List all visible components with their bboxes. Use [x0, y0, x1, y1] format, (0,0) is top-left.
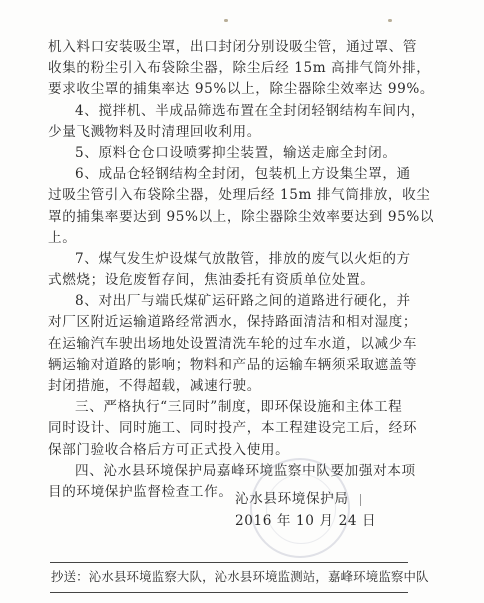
text-line: 过吸尘管引入布袋除尘器，处理后经 15m 排气筒排放，收尘: [48, 185, 404, 206]
text-line: 式燃烧；设危废暂存间，焦油委托有资质单位处置。: [48, 270, 404, 291]
signature-block: 沁水县环境保护局 2016 年 10 月 24 日: [235, 488, 376, 532]
text-line: 对厂区附近运输道路经常洒水，保持路面清洁和相对湿度；: [48, 312, 404, 333]
paragraph-4-first-line: 4、搅拌机、半成品筛选布置在全封闭轻钢结构车间内，: [48, 101, 404, 122]
scan-speck: [224, 19, 228, 22]
cc-distribution-line: 抄送：沁水县环境监察大队，沁水县环境监测站，嘉峰环境监察中队: [50, 562, 408, 593]
text-line: 封闭措施，不得超载，减速行驶。: [48, 376, 404, 397]
paragraph-8-first-line: 8、对出厂与端氏煤矿运矸路之间的道路进行硬化，并: [48, 291, 404, 312]
text-line: 保部门验收合格后方可正式投入使用。: [48, 440, 404, 461]
cc-text: 抄送：沁水县环境监察大队，沁水县环境监测站，嘉峰环境监察中队: [51, 569, 429, 584]
paragraph-6-first-line: 6、成品仓轻钢结构全封闭，包装机上方设集尘罩，通: [48, 164, 404, 185]
text-line: 罩的捕集率要达到 95%以上，除尘器除尘效率要达到 95%以: [48, 207, 404, 228]
section-4-first-line: 四、沁水县环境保护局嘉峰环境监察中队要加强对本项: [48, 461, 404, 482]
text-line: 要求收尘罩的捕集率达 95%以上，除尘器除尘效率达 99%。: [48, 79, 404, 100]
issue-date: 2016 年 10 月 24 日: [235, 510, 376, 532]
text-line: 同时设计、同时施工、同时投产，本工程建设完工后，经环: [48, 418, 404, 439]
text-line: 辆运输对道路的影响；物料和产品的运输车辆须采取遮盖等: [48, 355, 404, 376]
section-3-first-line: 三、严格执行“三同时”制度，即环保设施和主体工程: [48, 397, 404, 418]
text-line: 机入料口安装吸尘罩，出口封闭分别设吸尘管，通过罩、管: [48, 37, 404, 58]
paragraph-7-first-line: 7、煤气发生炉设煤气放散管，排放的废气以火炬的方: [48, 249, 404, 270]
text-line: 上。: [48, 228, 404, 249]
text-line: 在运输汽车驶出场地处设置清洗车轮的过车水道，以减少车: [48, 334, 404, 355]
paragraph-5-first-line: 5、原料仓仓口设喷雾抑尘装置，输送走廊全封闭。: [48, 143, 404, 164]
document-page: 机入料口安装吸尘罩，出口封闭分别设吸尘管，通过罩、管 收集的粉尘引入布袋除尘器，…: [0, 0, 484, 603]
issuer-name: 沁水县环境保护局: [235, 488, 376, 510]
document-body: 机入料口安装吸尘罩，出口封闭分别设吸尘管，通过罩、管 收集的粉尘引入布袋除尘器，…: [48, 37, 404, 503]
scan-speck: [388, 19, 392, 22]
text-line: 少量飞溅物料及时清理回收利用。: [48, 122, 404, 143]
text-line: 收集的粉尘引入布袋除尘器，除尘后经 15m 高排气筒外排，: [48, 58, 404, 79]
